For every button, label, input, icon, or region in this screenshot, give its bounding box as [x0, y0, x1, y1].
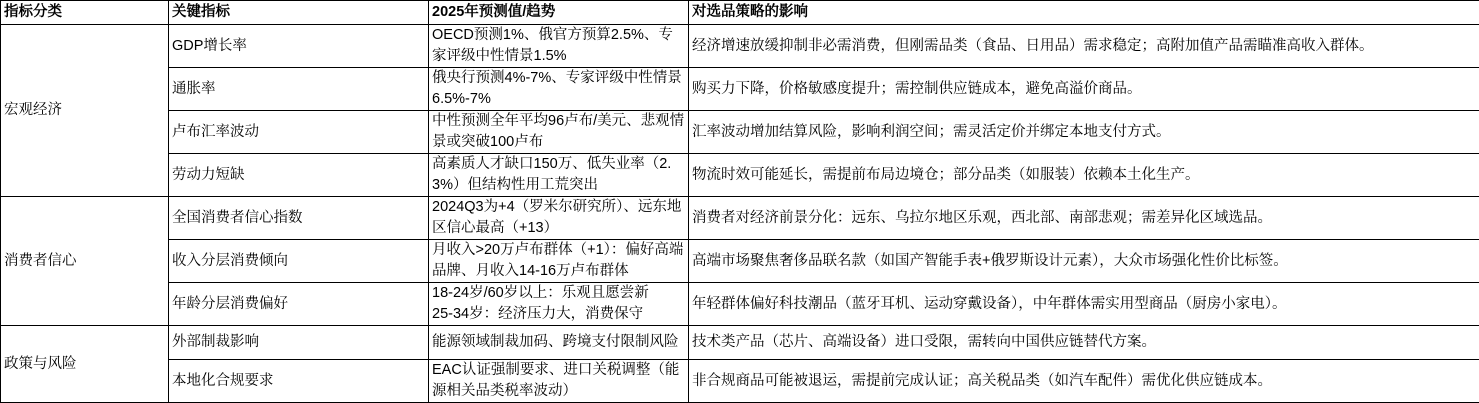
indicator-cell: 全国消费者信心指数: [169, 197, 429, 240]
category-cell-consumer: 消费者信心: [1, 197, 169, 326]
forecast-cell: 俄央行预测4%-7%、专家评级中性情景6.5%-7%: [429, 68, 689, 111]
impact-cell: 购买力下降，价格敏感度提升；需控制供应链成本，避免高溢价商品。: [689, 68, 1479, 111]
table-row: 通胀率 俄央行预测4%-7%、专家评级中性情景6.5%-7% 购买力下降，价格敏…: [1, 68, 1479, 111]
header-category: 指标分类: [1, 1, 169, 25]
table-row: 年龄分层消费偏好 18-24岁/60岁以上：乐观且愿尝新 25-34岁：经济压力…: [1, 283, 1479, 326]
forecast-cell: 能源领域制裁加码、跨境支付限制风险: [429, 326, 689, 360]
forecast-cell: 中性预测全年平均96卢布/美元、悲观情景或突破100卢布: [429, 111, 689, 154]
forecast-cell: OECD预测1%、俄官方预算2.5%、专家评级中性情景1.5%: [429, 25, 689, 68]
indicator-cell: 年龄分层消费偏好: [169, 283, 429, 326]
forecast-cell: 高素质人才缺口150万、低失业率（2.3%）但结构性用工荒突出: [429, 154, 689, 197]
category-cell-policy: 政策与风险: [1, 326, 169, 403]
table-row: 劳动力短缺 高素质人才缺口150万、低失业率（2.3%）但结构性用工荒突出 物流…: [1, 154, 1479, 197]
category-cell-macro: 宏观经济: [1, 25, 169, 197]
forecast-cell: 18-24岁/60岁以上：乐观且愿尝新 25-34岁：经济压力大，消费保守: [429, 283, 689, 326]
header-impact: 对选品策略的影响: [689, 1, 1479, 25]
impact-cell: 汇率波动增加结算风险，影响利润空间；需灵活定价并绑定本地支付方式。: [689, 111, 1479, 154]
table-row: 卢布汇率波动 中性预测全年平均96卢布/美元、悲观情景或突破100卢布 汇率波动…: [1, 111, 1479, 154]
header-indicator: 关键指标: [169, 1, 429, 25]
indicator-cell: 劳动力短缺: [169, 154, 429, 197]
impact-cell: 技术类产品（芯片、高端设备）进口受限，需转向中国供应链替代方案。: [689, 326, 1479, 360]
table-row: 政策与风险 外部制裁影响 能源领域制裁加码、跨境支付限制风险 技术类产品（芯片、…: [1, 326, 1479, 360]
impact-cell: 非合规商品可能被退运，需提前完成认证；高关税品类（如汽车配件）需优化供应链成本。: [689, 360, 1479, 403]
impact-cell: 年轻群体偏好科技潮品（蓝牙耳机、运动穿戴设备），中年群体需实用型商品（厨房小家电…: [689, 283, 1479, 326]
header-forecast: 2025年预测值/趋势: [429, 1, 689, 25]
table-header: 指标分类 关键指标 2025年预测值/趋势 对选品策略的影响: [1, 1, 1479, 25]
indicator-cell: 卢布汇率波动: [169, 111, 429, 154]
impact-cell: 高端市场聚焦奢侈品联名款（如国产智能手表+俄罗斯设计元素），大众市场强化性价比标…: [689, 240, 1479, 283]
forecast-cell: EAC认证强制要求、进口关税调整（能源相关品类税率波动）: [429, 360, 689, 403]
header-row: 指标分类 关键指标 2025年预测值/趋势 对选品策略的影响: [1, 1, 1479, 25]
impact-cell: 消费者对经济前景分化：远东、乌拉尔地区乐观，西北部、南部悲观；需差异化区域选品。: [689, 197, 1479, 240]
table-row: 收入分层消费倾向 月收入>20万卢布群体（+1）：偏好高端品牌、月收入14-16…: [1, 240, 1479, 283]
forecast-cell: 2024Q3为+4（罗米尔研究所）、远东地区信心最高（+13）: [429, 197, 689, 240]
table-body: 宏观经济 GDP增长率 OECD预测1%、俄官方预算2.5%、专家评级中性情景1…: [1, 25, 1479, 403]
table-row: 宏观经济 GDP增长率 OECD预测1%、俄官方预算2.5%、专家评级中性情景1…: [1, 25, 1479, 68]
table-row: 消费者信心 全国消费者信心指数 2024Q3为+4（罗米尔研究所）、远东地区信心…: [1, 197, 1479, 240]
forecast-cell: 月收入>20万卢布群体（+1）：偏好高端品牌、月收入14-16万卢布群体: [429, 240, 689, 283]
impact-cell: 物流时效可能延长，需提前布局边境仓；部分品类（如服装）依赖本土化生产。: [689, 154, 1479, 197]
table-row: 本地化合规要求 EAC认证强制要求、进口关税调整（能源相关品类税率波动） 非合规…: [1, 360, 1479, 403]
indicator-cell: 本地化合规要求: [169, 360, 429, 403]
impact-cell: 经济增速放缓抑制非必需消费，但刚需品类（食品、日用品）需求稳定；高附加值产品需瞄…: [689, 25, 1479, 68]
indicator-cell: 收入分层消费倾向: [169, 240, 429, 283]
indicator-cell: 外部制裁影响: [169, 326, 429, 360]
indicator-cell: 通胀率: [169, 68, 429, 111]
indicator-table: 指标分类 关键指标 2025年预测值/趋势 对选品策略的影响 宏观经济 GDP增…: [0, 0, 1479, 403]
indicator-cell: GDP增长率: [169, 25, 429, 68]
